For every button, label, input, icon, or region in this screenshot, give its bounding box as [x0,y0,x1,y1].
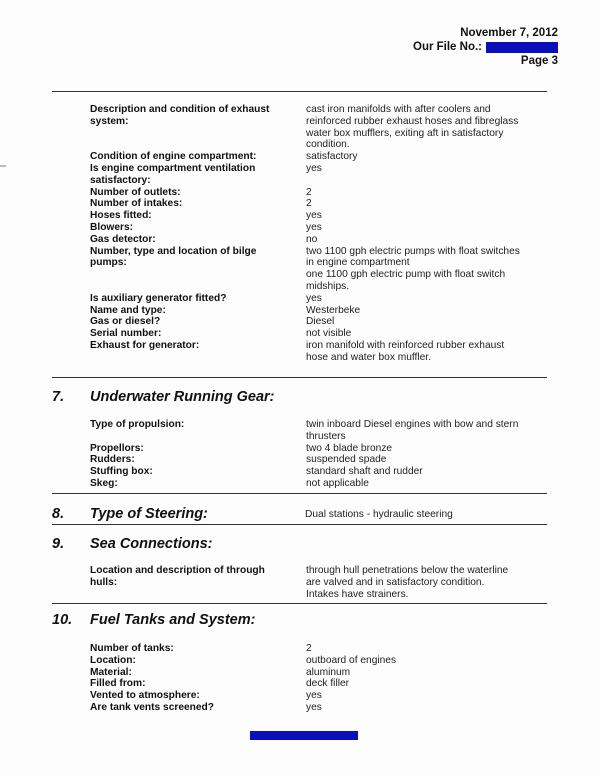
field-row: Location:outboard of engines [90,655,550,667]
section-number: 9. [52,536,90,552]
field-value: not visible [306,328,550,340]
field-row: Hoses fitted:yes [90,210,550,222]
field-value: satisfactory [306,151,550,163]
field-row: Number, type and location of bilgepumps:… [90,246,550,293]
field-value: 2 [306,187,550,199]
section-9-heading: 9. Sea Connections: [52,536,212,552]
field-value: yes [306,210,550,222]
steering-value: Dual stations - hydraulic steering [305,509,453,520]
field-row: Number of outlets:2 [90,187,550,199]
field-row: Are tank vents screened?yes [90,702,550,714]
field-row: Condition of engine compartment:satisfac… [90,151,550,163]
section-10-details: Number of tanks:2Location:outboard of en… [90,643,550,714]
field-label: Is auxiliary generator fitted? [90,293,306,305]
field-value: outboard of engines [306,655,550,667]
field-value: suspended spade [306,454,550,466]
section-9-details: Location and description of throughhulls… [90,565,550,600]
field-value: 2 [306,198,550,210]
section-title: Type of Steering: [90,506,208,522]
field-value: not applicable [306,478,550,490]
scan-margin-mark [0,165,6,167]
section-divider [52,493,547,494]
field-label: Type of propulsion: [90,419,306,443]
field-row: Number of tanks:2 [90,643,550,655]
field-value: deck filler [306,678,550,690]
field-value: cast iron manifolds with after coolers a… [306,104,550,151]
field-label: Filled from: [90,678,306,690]
section-title: Sea Connections: [90,536,212,552]
field-row: Location and description of throughhulls… [90,565,550,600]
field-row: Type of propulsion:twin inboard Diesel e… [90,419,550,443]
field-value: two 1100 gph electric pumps with float s… [306,246,550,293]
field-value: 2 [306,643,550,655]
field-value: twin inboard Diesel engines with bow and… [306,419,550,443]
file-no-redaction [486,42,558,53]
section-8-heading: 8. Type of Steering: Dual stations - hyd… [52,506,547,522]
field-row: Exhaust for generator:iron manifold with… [90,340,550,364]
section-7-heading: 7. Underwater Running Gear: [52,389,275,405]
section-number: 7. [52,389,90,405]
field-label: Vented to atmosphere: [90,690,306,702]
field-label: Description and condition of exhaustsyst… [90,104,306,151]
field-row: Serial number:not visible [90,328,550,340]
field-row: Filled from:deck filler [90,678,550,690]
field-value: Westerbeke [306,305,550,317]
section-7-details: Type of propulsion:twin inboard Diesel e… [90,419,550,490]
field-label: Number of intakes: [90,198,306,210]
field-row: Number of intakes:2 [90,198,550,210]
field-row: Material:aluminum [90,667,550,679]
field-label: Stuffing box: [90,466,306,478]
field-label: Location: [90,655,306,667]
field-row: Rudders:suspended spade [90,454,550,466]
header-date: November 7, 2012 [460,26,558,40]
section-title: Underwater Running Gear: [90,389,275,405]
field-value: no [306,234,550,246]
field-label: Hoses fitted: [90,210,306,222]
field-label: Number, type and location of bilgepumps: [90,246,306,293]
field-row: Blowers:yes [90,222,550,234]
field-label: Number of outlets: [90,187,306,199]
field-label: Exhaust for generator: [90,340,306,364]
field-label: Condition of engine compartment: [90,151,306,163]
field-value: yes [306,293,550,305]
field-value: yes [306,222,550,234]
field-value: iron manifold with reinforced rubber exh… [306,340,550,364]
field-row: Is engine compartment ventilationsatisfa… [90,163,550,187]
field-value: Diesel [306,316,550,328]
section-title: Fuel Tanks and System: [90,612,255,628]
section-10-heading: 10. Fuel Tanks and System: [52,612,255,628]
field-label: Blowers: [90,222,306,234]
section-number: 10. [52,612,90,628]
field-label: Name and type: [90,305,306,317]
field-label: Propellors: [90,443,306,455]
field-value: yes [306,702,550,714]
field-row: Is auxiliary generator fitted?yes [90,293,550,305]
field-label: Gas or diesel? [90,316,306,328]
field-row: Propellors:two 4 blade bronze [90,443,550,455]
field-label: Rudders: [90,454,306,466]
field-label: Skeg: [90,478,306,490]
field-row: Name and type:Westerbeke [90,305,550,317]
section-divider [52,603,547,604]
field-value: standard shaft and rudder [306,466,550,478]
field-row: Vented to atmosphere:yes [90,690,550,702]
engine-details: Description and condition of exhaustsyst… [90,104,550,364]
field-value: aluminum [306,667,550,679]
field-value: yes [306,163,550,187]
footer-redaction [250,731,358,740]
section-divider [52,524,547,525]
field-label: Number of tanks: [90,643,306,655]
field-row: Gas detector:no [90,234,550,246]
section-divider [52,377,547,378]
field-label: Serial number: [90,328,306,340]
field-row: Gas or diesel?Diesel [90,316,550,328]
page-number: Page 3 [521,54,558,68]
section-number: 8. [52,506,90,522]
field-label: Gas detector: [90,234,306,246]
field-label: Is engine compartment ventilationsatisfa… [90,163,306,187]
page-header: November 7, 2012 Our File No.: Page 3 [413,26,558,68]
field-row: Skeg:not applicable [90,478,550,490]
field-value: two 4 blade bronze [306,443,550,455]
file-no-label: Our File No.: [413,40,482,54]
field-label: Location and description of throughhulls… [90,565,306,600]
field-value: yes [306,690,550,702]
document-page: November 7, 2012 Our File No.: Page 3 De… [0,0,600,776]
header-divider [52,91,547,92]
field-label: Material: [90,667,306,679]
field-row: Description and condition of exhaustsyst… [90,104,550,151]
field-value: through hull penetrations below the wate… [306,565,550,600]
field-row: Stuffing box:standard shaft and rudder [90,466,550,478]
field-label: Are tank vents screened? [90,702,306,714]
